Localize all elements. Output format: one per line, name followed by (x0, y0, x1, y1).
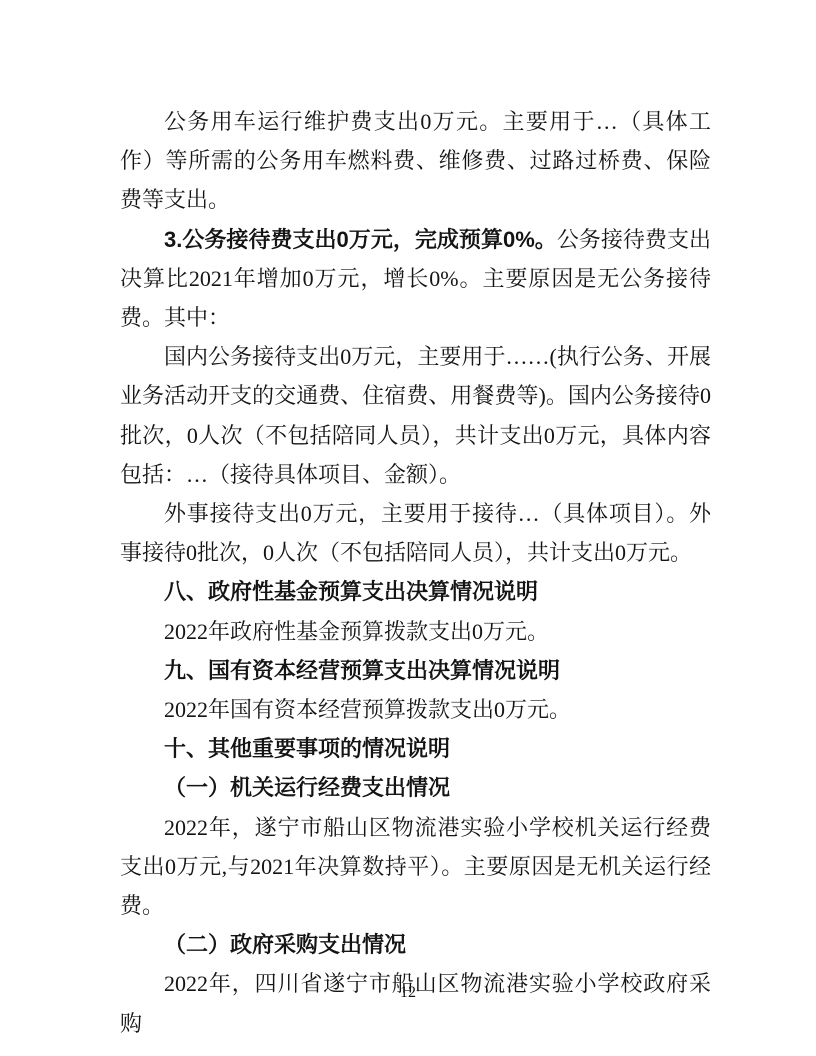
body-paragraph: 2022年，遂宁市船山区物流港实验小学校机关运行经费支出0万元,与2021年决算… (120, 808, 711, 926)
section-heading: 八、政府性基金预算支出决算情况说明 (120, 572, 711, 611)
section-heading: （一）机关运行经费支出情况 (120, 768, 711, 807)
body-paragraph: 2022年，四川省遂宁市船山区物流港实验小学校政府采购 (120, 964, 711, 1042)
body-paragraph: 2022年政府性基金预算拨款支出0万元。 (120, 612, 711, 651)
body-paragraph: 公务用车运行维护费支出0万元。主要用于…（具体工作）等所需的公务用车燃料费、维修… (120, 102, 711, 220)
section-heading: 十、其他重要事项的情况说明 (120, 729, 711, 768)
section-heading: （二）政府采购支出情况 (120, 925, 711, 964)
bold-lead-text: 3.公务接待费支出0万元，完成预算0%。 (164, 227, 557, 252)
section-heading: 九、国有资本经营预算支出决算情况说明 (120, 651, 711, 690)
body-paragraph: 2022年国有资本经营预算拨款支出0万元。 (120, 690, 711, 729)
body-paragraph: 国内公务接待支出0万元，主要用于……(执行公务、开展业务活动开支的交通费、住宿费… (120, 337, 711, 494)
body-paragraph: 外事接待支出0万元，主要用于接待…（具体项目）。外事接待0批次，0人次（不包括陪… (120, 494, 711, 572)
body-paragraph: 3.公务接待费支出0万元，完成预算0%。公务接待费支出决算比2021年增加0万元… (120, 220, 711, 338)
page-number: 12 (0, 984, 816, 1002)
document-page: 公务用车运行维护费支出0万元。主要用于…（具体工作）等所需的公务用车燃料费、维修… (0, 0, 816, 1056)
document-body: 公务用车运行维护费支出0万元。主要用于…（具体工作）等所需的公务用车燃料费、维修… (120, 102, 711, 1043)
